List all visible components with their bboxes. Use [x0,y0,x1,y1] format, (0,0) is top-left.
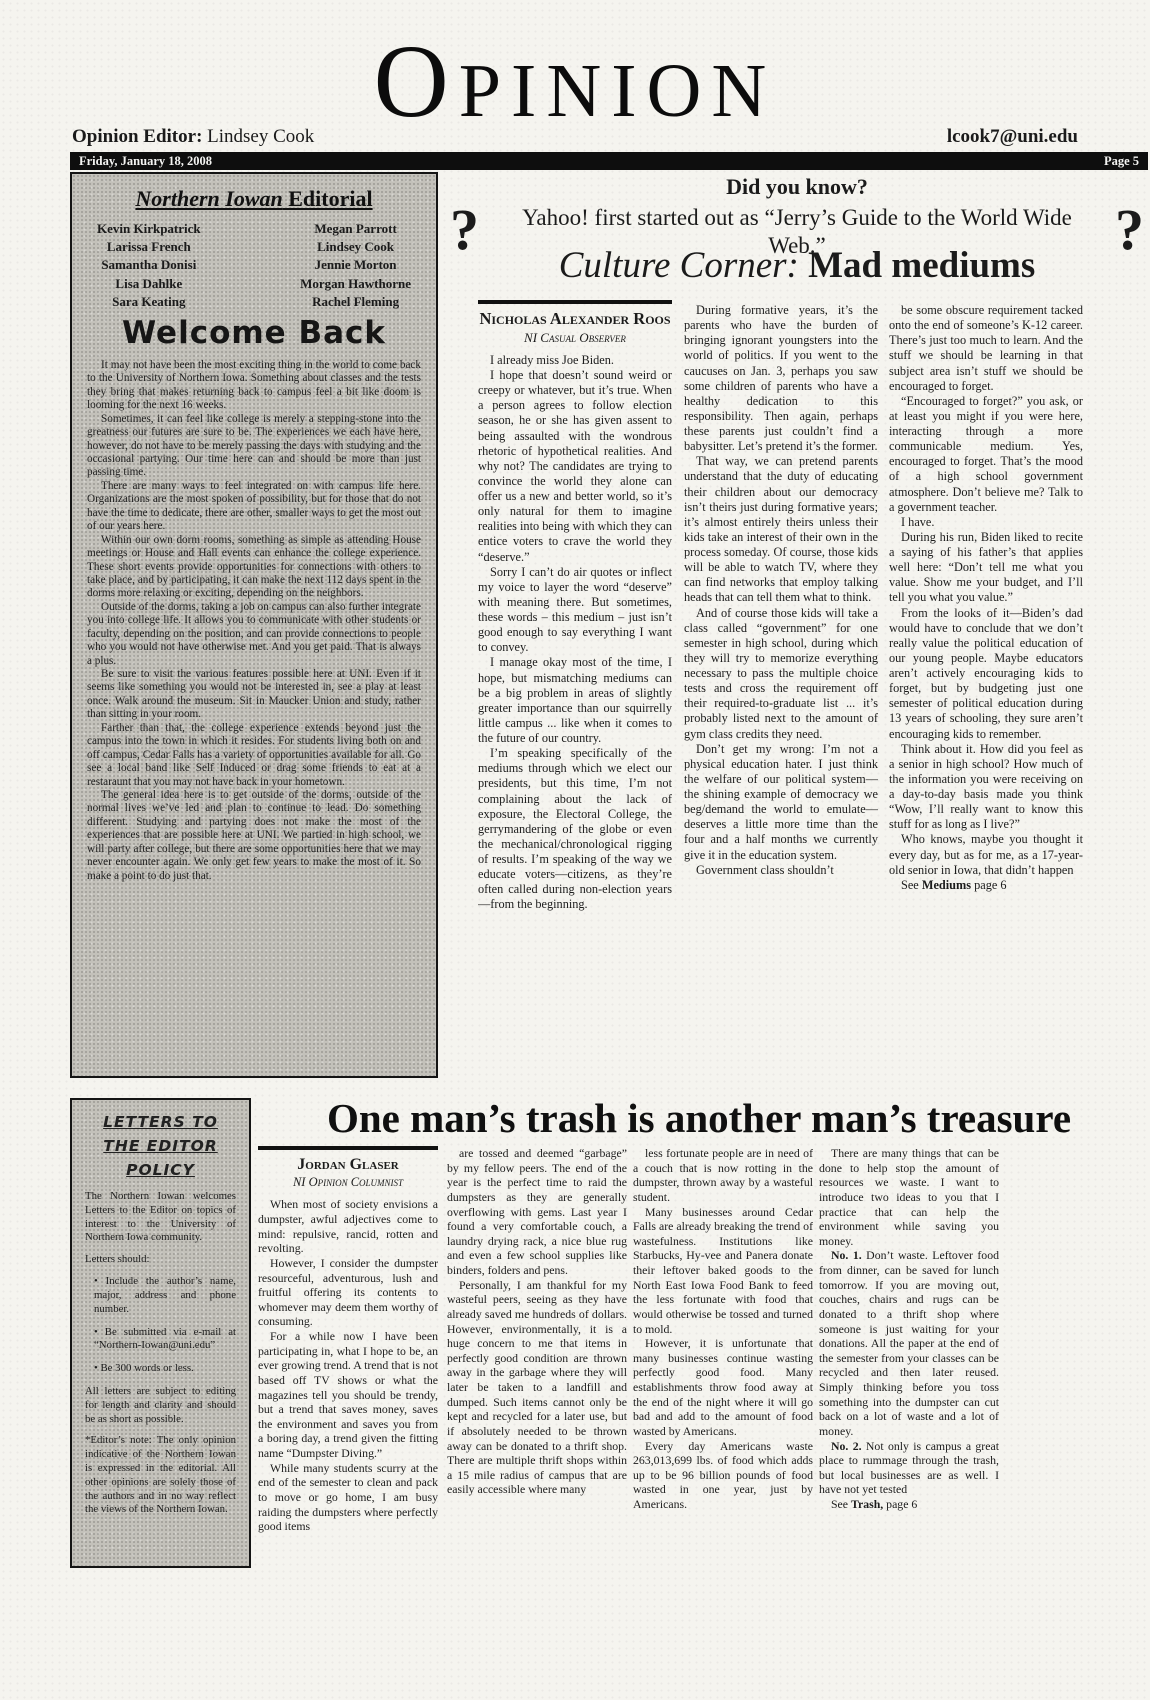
board-member: Jennie Morton [300,256,411,274]
editorial-title-paper-name: Northern Iowan [135,186,282,211]
culture-paragraph: I’m speaking specifically of the mediums… [478,746,672,912]
issue-date: Friday, January 18, 2008 [79,154,212,169]
letters-editing-note: All letters are subject to editing for l… [85,1385,236,1426]
board-member: Samantha Donisi [97,256,201,274]
editorial-title: Northern Iowan Editorial [87,186,421,212]
editorial-paragraph: Be sure to visit the various features po… [87,668,421,722]
culture-paragraph: I have. [889,515,1083,530]
continuation-note-trash: See Trash, page 6 [819,1497,999,1512]
page-title: Opinion [0,22,1150,141]
culture-byline-title: NI Casual Observer [478,330,672,346]
letters-editors-note: *Editor’s note: The only opinion indicat… [85,1434,236,1517]
date-bar: Friday, January 18, 2008 Page 5 [70,152,1148,170]
editorial-names-left: Kevin Kirkpatrick Larissa French Samanth… [97,220,201,311]
editorial-paragraph: There are many ways to feel integrated o… [87,480,421,534]
trash-paragraph: are tossed and deemed “garbage” by my fe… [447,1146,627,1278]
culture-paragraph: Think about it. How did you feel as a se… [889,742,1083,833]
trash-paragraph: However, I consider the dumpster resourc… [258,1256,438,1329]
page-number: Page 5 [1104,154,1139,169]
culture-paragraph: Don’t get my wrong: I’m not a physical e… [684,742,878,863]
trash-paragraph: Many businesses around Cedar Falls are a… [633,1205,813,1337]
board-member: Lindsey Cook [300,238,411,256]
trash-column-1: Jordan Glaser NI Opinion Columnist When … [258,1146,438,1694]
editorial-headline: Welcome Back [87,315,421,351]
editor-label: Opinion Editor: [72,126,202,147]
board-member: Sara Keating [97,293,201,311]
board-member: Rachel Fleming [300,293,411,311]
culture-paragraph: During formative years, it’s the parents… [684,303,878,454]
editorial-box: Northern Iowan Editorial Kevin Kirkpatri… [70,172,438,1078]
letters-intro: The Northern Iowan welcomes Letters to t… [85,1190,236,1245]
editorial-paragraph: The general idea here is to get outside … [87,789,421,883]
culture-paragraph: “Encouraged to forget?” you ask, or at l… [889,394,1083,515]
editorial-paragraph: It may not have been the most exciting t… [87,359,421,413]
culture-paragraph: be some obscure requirement tacked onto … [889,303,1083,394]
culture-paragraph: That way, we can pretend parents underst… [684,454,878,605]
culture-column-1: Nicholas Alexander Roos NI Casual Observ… [478,300,672,1100]
editorial-names-right: Megan Parrott Lindsey Cook Jennie Morton… [300,220,411,311]
culture-paragraph: I hope that doesn’t sound weird or creep… [478,368,672,565]
masthead-editor-row: Opinion Editor: Lindsey Cook lcook7@uni.… [72,126,1078,148]
board-member: Kevin Kirkpatrick [97,220,201,238]
letters-policy-box: LETTERS TO THE EDITOR POLICY The Norther… [70,1098,251,1568]
trash-column-2: are tossed and deemed “garbage” by my fe… [447,1146,627,1694]
culture-paragraph: From the looks of it—Biden’s dad would h… [889,606,1083,742]
byline-rule [258,1146,438,1150]
trash-paragraph: For a while now I have been participatin… [258,1329,438,1461]
byline-rule [478,300,672,304]
trash-paragraph: While many students scurry at the end of… [258,1461,438,1534]
letters-bullet: Include the author’s name, major, addres… [85,1275,236,1316]
culture-paragraph: During his run, Biden liked to recite a … [889,530,1083,606]
newspaper-opinion-page: Opinion Opinion Editor: Lindsey Cook lco… [0,0,1150,1700]
culture-paragraph: And of course those kids will take a cla… [684,606,878,742]
trash-byline-title: NI Opinion Columnist [258,1175,438,1190]
trash-column-4: There are many things that can be done t… [819,1146,999,1694]
editorial-paragraph: Farther than that, the college experienc… [87,722,421,789]
culture-paragraph: I manage okay most of the time, I hope, … [478,655,672,746]
trash-paragraph: less fortunate people are in need of a c… [633,1146,813,1205]
culture-corner-kicker: Culture Corner: [559,245,799,286]
editorial-paragraph: Within our own dorm rooms, something as … [87,534,421,601]
culture-paragraph: Sorry I can’t do air quotes or inflect m… [478,565,672,656]
board-member: Megan Parrott [300,220,411,238]
culture-paragraph: I already miss Joe Biden. [478,353,672,368]
editorial-board-names: Kevin Kirkpatrick Larissa French Samanth… [97,220,411,311]
trash-paragraph: When most of society envisions a dumpste… [258,1197,438,1256]
editor-email: lcook7@uni.edu [947,126,1078,148]
editor-name: Lindsey Cook [207,126,314,147]
culture-paragraph: Who knows, maybe you thought it every da… [889,832,1083,877]
trash-paragraph: Every day Americans waste 263,013,699 lb… [633,1439,813,1512]
trash-paragraph-no2: No. 2. Not only is campus a great place … [819,1439,999,1498]
culture-column-3: be some obscure requirement tacked onto … [889,303,1083,1100]
culture-paragraph: Government class shouldn’t [684,863,878,878]
letters-bullet: Be submitted via e-mail at “Northern-Iow… [85,1326,236,1354]
trash-byline-name: Jordan Glaser [258,1156,438,1174]
trash-column-3: less fortunate people are in need of a c… [633,1146,813,1694]
editorial-paragraph: Outside of the dorms, taking a job on ca… [87,601,421,668]
editorial-paragraph: Sometimes, it can feel like college is m… [87,413,421,480]
did-you-know-title: Did you know? [446,174,1148,200]
opinion-editor-line: Opinion Editor: Lindsey Cook [72,126,314,148]
board-member: Morgan Hawthorne [300,275,411,293]
board-member: Lisa Dahlke [97,275,201,293]
editorial-body: It may not have been the most exciting t… [87,359,421,883]
continuation-note-mediums: See Mediums page 6 [889,878,1083,893]
board-member: Larissa French [97,238,201,256]
trash-paragraph-no1: No. 1. Don’t waste. Leftover food from d… [819,1248,999,1438]
editorial-title-rest: Editorial [283,186,373,211]
letters-policy-title: LETTERS TO THE EDITOR POLICY [85,1110,236,1182]
letters-should-label: Letters should: [85,1253,236,1267]
trash-paragraph: Personally, I am thankful for my wastefu… [447,1278,627,1497]
trash-article-headline: One man’s trash is another man’s treasur… [250,1094,1148,1142]
letters-bullet: Be 300 words or less. [85,1362,236,1376]
culture-column-2: During formative years, it’s the parents… [684,303,878,1100]
culture-corner-headline: Culture Corner: Mad mediums [446,244,1148,287]
trash-paragraph: There are many things that can be done t… [819,1146,999,1248]
culture-corner-title: Mad mediums [799,245,1035,286]
trash-paragraph: However, it is unfortunate that many bus… [633,1336,813,1438]
culture-byline-name: Nicholas Alexander Roos [478,310,672,328]
